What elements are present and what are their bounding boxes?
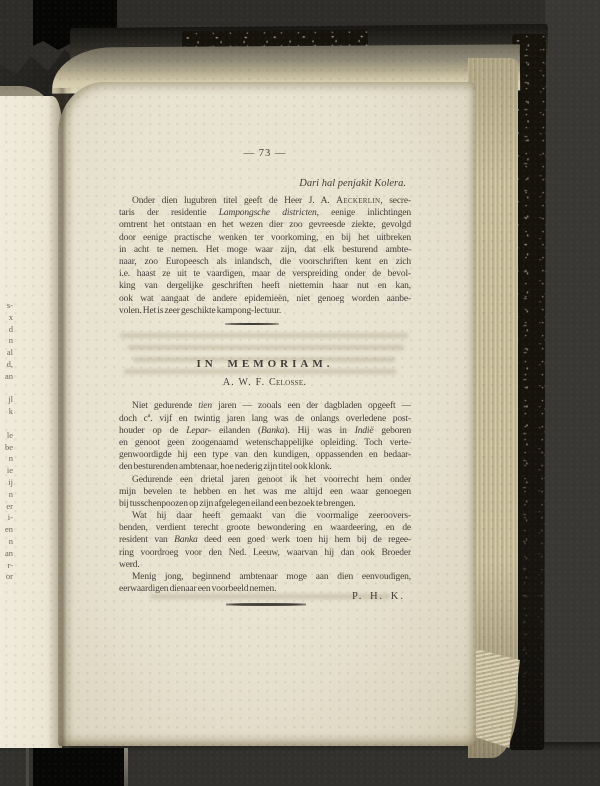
table-edge-line <box>26 748 29 786</box>
text-line: Onder dien lugubren titel geeft de Heer … <box>119 195 411 207</box>
background-gap-bottom <box>33 748 125 786</box>
text-line: door eenige practische wenken ter voorko… <box>119 232 411 244</box>
text-line: genwoordigde hij een type van den kundig… <box>119 449 411 461</box>
text-line: ook wat aangaat de andere epidemieën, ni… <box>119 293 411 305</box>
margin-text-fragment: x <box>0 312 13 324</box>
text-line: Menig jong, beginnend ambtenaar moge aan… <box>119 571 411 583</box>
footer-rule <box>226 603 306 606</box>
margin-text-fragment: d, <box>0 359 13 371</box>
margin-text-fragment: er <box>0 501 13 513</box>
margin-text-fragment: n <box>0 489 13 501</box>
margin-text-fragment: en <box>0 524 13 536</box>
section-divider-rule <box>225 323 279 326</box>
background-right <box>545 0 600 786</box>
margin-text-fragment: r- <box>0 560 13 572</box>
paragraph: Gedurende een drietal jaren genoot ik he… <box>119 474 411 511</box>
margin-text-fragment: an <box>0 371 13 383</box>
text-line: volen. Het is zeer geschikte kampong-lec… <box>119 305 411 317</box>
text-line: Wat hij daar heeft gemaakt van die voorm… <box>119 510 411 522</box>
text-line: benden, verdient terecht groote bewonder… <box>119 522 411 534</box>
paragraph: Onder dien lugubren titel geeft de Heer … <box>119 195 411 317</box>
book-scan-photo: s-xdnald,an jlk lebenieijneri-ennanr-or … <box>0 0 600 786</box>
text-line: houder op de Lepar- eilanden (Banka). Hi… <box>119 425 411 437</box>
text-line: en genoot geen zoogenaamd wetenschappeli… <box>119 437 411 449</box>
margin-text-fragment: jl <box>0 394 13 406</box>
text-line: ring voordroeg voor den Ned. Leeuw, waar… <box>119 547 411 559</box>
text-line: resident van Banka deed een goed werk to… <box>119 534 411 546</box>
paragraph: Wat hij daar heeft gemaakt van die voorm… <box>119 510 411 571</box>
text-line: taris der residentie Lampongsche distric… <box>119 207 411 219</box>
margin-text-fragment: an <box>0 548 13 560</box>
text-line: king van dergelijke geschriften heeft ni… <box>119 280 411 292</box>
text-line: naar, zoo Europeesch als inlandsch, die … <box>119 256 411 268</box>
text-line: Gedurende een drietal jaren genoot ik he… <box>119 474 411 486</box>
margin-text-fragment: k <box>0 406 13 418</box>
article-title: Dari hal penjakit Kolera. <box>119 177 411 190</box>
margin-text-fragment: be <box>0 442 13 454</box>
article-body: Onder dien lugubren titel geeft de Heer … <box>119 195 411 317</box>
facing-page-text-fragments: s-xdnald,an jlk lebenieijneri-ennanr-or <box>0 300 13 592</box>
margin-text-fragment: al <box>0 347 13 359</box>
text-line: doch ca. vijf en twintig jaren lang was … <box>119 413 411 425</box>
text-line: mijn bevelen te hebben en het was me alt… <box>119 486 411 498</box>
paragraph: Niet gedurende tien jaren — zooals een d… <box>119 400 411 473</box>
margin-text-fragment: ie <box>0 465 13 477</box>
margin-text-fragment: i- <box>0 512 13 524</box>
author-initials: P. H. K. <box>119 591 411 603</box>
margin-text-fragment <box>0 383 13 395</box>
page-text-column: — 73 — Dari hal penjakit Kolera. Onder d… <box>119 145 411 606</box>
margin-text-fragment: d <box>0 324 13 336</box>
margin-text-fragment: or <box>0 571 13 583</box>
page-number: — 73 — <box>119 147 411 160</box>
text-line: Niet gedurende tien jaren — zooals een d… <box>119 400 411 412</box>
text-line: den besturenden ambtenaar, hoe nederig z… <box>119 461 411 473</box>
margin-text-fragment: n <box>0 453 13 465</box>
margin-text-fragment: n <box>0 335 13 347</box>
margin-text-fragment: le <box>0 430 13 442</box>
margin-text-fragment <box>0 418 13 430</box>
text-line: i.e. haast ze uit te vaardigen, maar de … <box>119 268 411 280</box>
text-line: in acht te nemen. Het moge waar zijn, da… <box>119 244 411 256</box>
in-memoriam-name: A. W. F. Celosse. <box>119 377 411 389</box>
text-line: werd. <box>119 559 411 571</box>
margin-text-fragment: s- <box>0 300 13 312</box>
margin-text-fragment: n <box>0 536 13 548</box>
table-edge-highlight <box>124 748 128 786</box>
in-memoriam-heading: IN MEMORIAM. <box>119 358 411 371</box>
text-line: bij tusschenpoozen op zijn afgelegen eil… <box>119 498 411 510</box>
book-page: — 73 — Dari hal penjakit Kolera. Onder d… <box>58 82 476 746</box>
margin-text-fragment: ij <box>0 477 13 489</box>
text-line: omtrent het ontstaan en het wezen dier z… <box>119 219 411 231</box>
memoriam-body: Niet gedurende tien jaren — zooals een d… <box>119 400 411 595</box>
